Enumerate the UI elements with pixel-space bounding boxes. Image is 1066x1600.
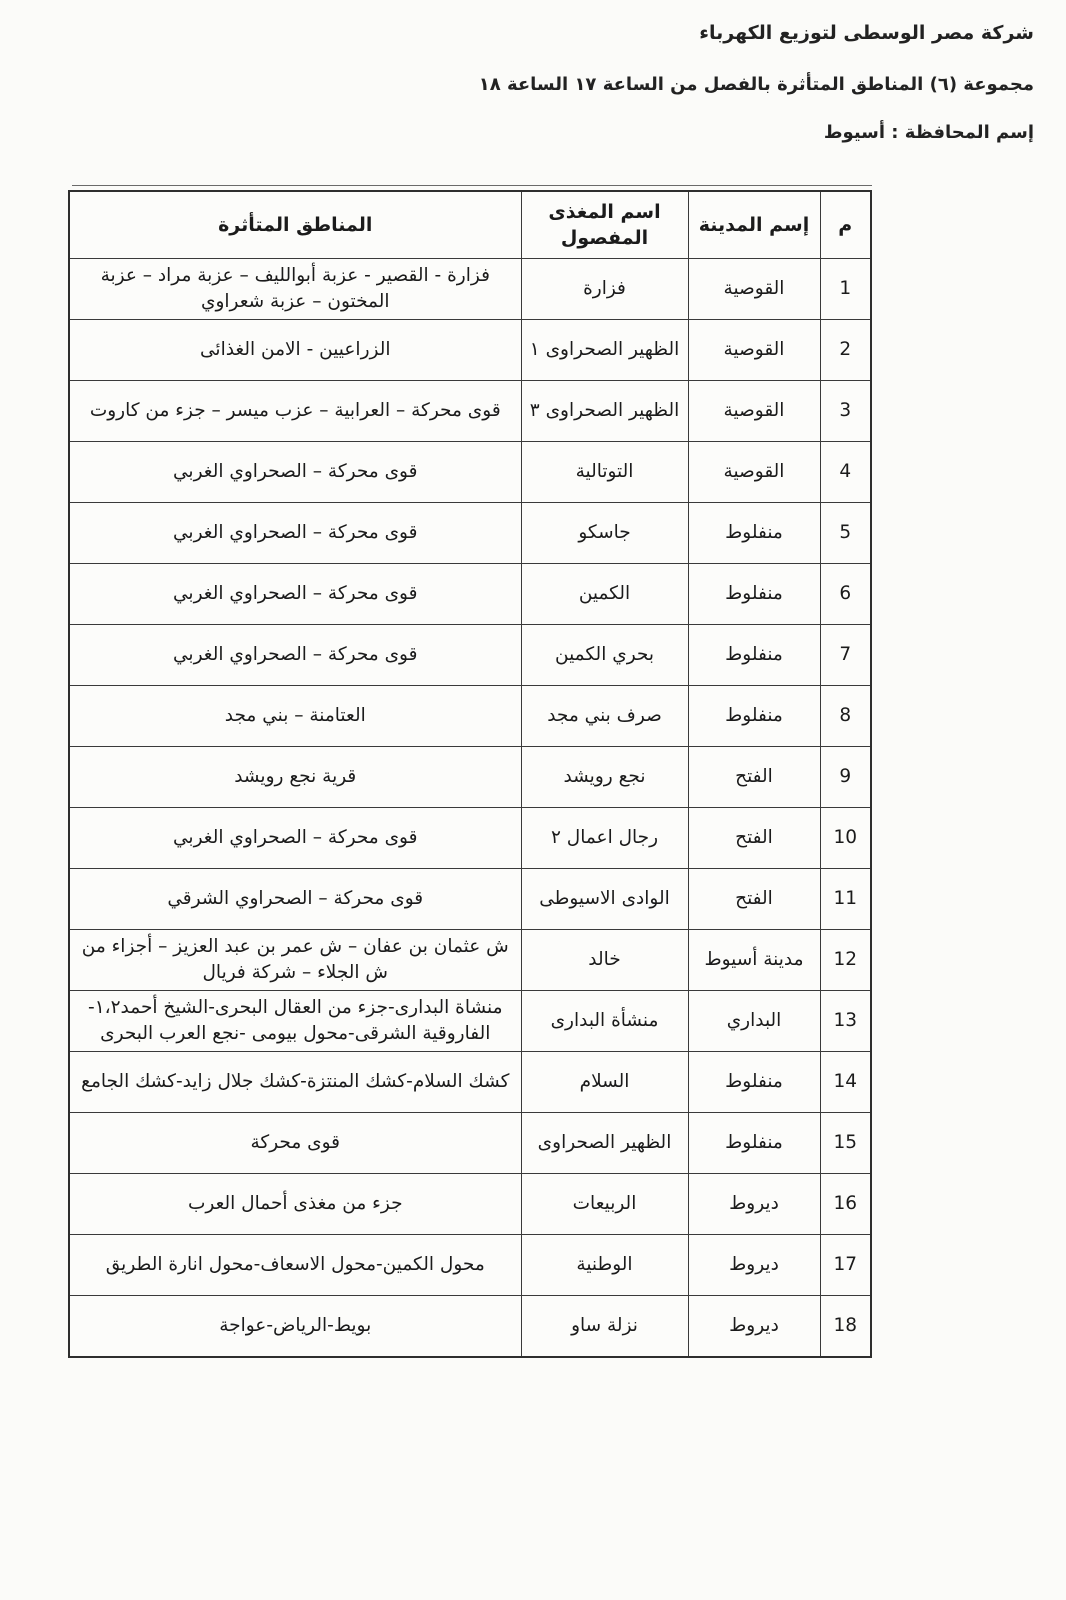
cell-city: القوصية: [688, 381, 820, 442]
company-title: شركة مصر الوسطى لتوزيع الكهرباء: [699, 22, 1034, 44]
cell-city: ديروط: [688, 1174, 820, 1235]
cell-city: القوصية: [688, 320, 820, 381]
cell-city: البداري: [688, 991, 820, 1052]
cell-areas: قوى محركة – الصحراوي الغربي: [69, 503, 521, 564]
table-row: 9 الفتح نجع رويشد قرية نجع رويشد: [69, 747, 871, 808]
cell-no: 2: [820, 320, 871, 381]
cell-areas: ش عثمان بن عفان – ش عمر بن عبد العزيز – …: [69, 930, 521, 991]
cell-city: مدينة أسيوط: [688, 930, 820, 991]
cell-no: 14: [820, 1052, 871, 1113]
cell-city: الفتح: [688, 869, 820, 930]
table-row: 13 البداري منشأة البدارى منشاة البدارى-ج…: [69, 991, 871, 1052]
group-subtitle: مجموعة (٦) المناطق المتأثرة بالفصل من ال…: [479, 74, 1034, 95]
cell-no: 1: [820, 259, 871, 320]
document-page: شركة مصر الوسطى لتوزيع الكهرباء مجموعة (…: [0, 0, 1066, 1600]
cell-feeder: السلام: [521, 1052, 688, 1113]
header-cell-city: إسم المدينة: [688, 191, 820, 259]
table-row: 11 الفتح الوادى الاسيوطى قوى محركة – الص…: [69, 869, 871, 930]
table-row: 18 ديروط نزلة ساو بويط-الرياض-عواجة: [69, 1296, 871, 1358]
cell-no: 10: [820, 808, 871, 869]
cell-feeder: بحري الكمين: [521, 625, 688, 686]
cell-no: 15: [820, 1113, 871, 1174]
cell-no: 7: [820, 625, 871, 686]
cell-areas: منشاة البدارى-جزء من العقال البحرى-الشيخ…: [69, 991, 521, 1052]
cell-city: القوصية: [688, 442, 820, 503]
cell-feeder: الوطنية: [521, 1235, 688, 1296]
cell-city: ديروط: [688, 1296, 820, 1358]
cell-city: منفلوط: [688, 625, 820, 686]
cell-areas: فزارة - القصير - عزبة أبوالليف – عزبة مر…: [69, 259, 521, 320]
cell-no: 6: [820, 564, 871, 625]
cell-areas: جزء من مغذى أحمال العرب: [69, 1174, 521, 1235]
table-row: 8 منفلوط صرف بني مجد العتامنة – بني مجد: [69, 686, 871, 747]
cell-areas: بويط-الرياض-عواجة: [69, 1296, 521, 1358]
scan-artifact-line: [72, 185, 872, 186]
table-header-row: م إسم المدينة اسم المغذى المفصول المناطق…: [69, 191, 871, 259]
cell-areas: العتامنة – بني مجد: [69, 686, 521, 747]
cell-no: 3: [820, 381, 871, 442]
cell-feeder: منشأة البدارى: [521, 991, 688, 1052]
header-cell-areas: المناطق المتأثرة: [69, 191, 521, 259]
cell-feeder: نزلة ساو: [521, 1296, 688, 1358]
cell-city: الفتح: [688, 747, 820, 808]
cell-feeder: الظهير الصحراوى ١: [521, 320, 688, 381]
table-row: 5 منفلوط جاسكو قوى محركة – الصحراوي الغر…: [69, 503, 871, 564]
outage-table: م إسم المدينة اسم المغذى المفصول المناطق…: [68, 190, 872, 1358]
cell-feeder: الوادى الاسيوطى: [521, 869, 688, 930]
cell-areas: قرية نجع رويشد: [69, 747, 521, 808]
cell-areas: قوى محركة – الصحراوي الغربي: [69, 808, 521, 869]
cell-no: 17: [820, 1235, 871, 1296]
cell-areas: قوى محركة – الصحراوي الغربي: [69, 442, 521, 503]
cell-no: 5: [820, 503, 871, 564]
cell-feeder: خالد: [521, 930, 688, 991]
cell-no: 12: [820, 930, 871, 991]
cell-city: ديروط: [688, 1235, 820, 1296]
table-row: 10 الفتح رجال اعمال ٢ قوى محركة – الصحرا…: [69, 808, 871, 869]
table-row: 16 ديروط الربيعات جزء من مغذى أحمال العر…: [69, 1174, 871, 1235]
cell-areas: قوى محركة – العرابية – عزب ميسر – جزء من…: [69, 381, 521, 442]
cell-feeder: صرف بني مجد: [521, 686, 688, 747]
cell-areas: قوى محركة – الصحراوي الغربي: [69, 625, 521, 686]
cell-areas: قوى محركة – الصحراوي الغربي: [69, 564, 521, 625]
cell-feeder: جاسكو: [521, 503, 688, 564]
table-row: 4 القوصية التوتالية قوى محركة – الصحراوي…: [69, 442, 871, 503]
cell-areas: كشك السلام-كشك المنتزة-كشك جلال زايد-كشك…: [69, 1052, 521, 1113]
cell-city: منفلوط: [688, 564, 820, 625]
cell-areas: قوى محركة: [69, 1113, 521, 1174]
cell-no: 13: [820, 991, 871, 1052]
cell-areas: محول الكمين-محول الاسعاف-محول انارة الطر…: [69, 1235, 521, 1296]
cell-city: القوصية: [688, 259, 820, 320]
table-row: 12 مدينة أسيوط خالد ش عثمان بن عفان – ش …: [69, 930, 871, 991]
table-row: 2 القوصية الظهير الصحراوى ١ الزراعيين - …: [69, 320, 871, 381]
cell-areas: قوى محركة – الصحراوي الشرقي: [69, 869, 521, 930]
table-row: 14 منفلوط السلام كشك السلام-كشك المنتزة-…: [69, 1052, 871, 1113]
governorate-label: إسم المحافظة : أسيوط: [824, 122, 1034, 143]
cell-no: 11: [820, 869, 871, 930]
outage-table-container: م إسم المدينة اسم المغذى المفصول المناطق…: [68, 190, 870, 1358]
table-row: 17 ديروط الوطنية محول الكمين-محول الاسعا…: [69, 1235, 871, 1296]
cell-city: الفتح: [688, 808, 820, 869]
table-row: 1 القوصية فزارة فزارة - القصير - عزبة أب…: [69, 259, 871, 320]
cell-feeder: التوتالية: [521, 442, 688, 503]
cell-no: 18: [820, 1296, 871, 1358]
cell-no: 16: [820, 1174, 871, 1235]
header-cell-feeder: اسم المغذى المفصول: [521, 191, 688, 259]
cell-feeder: الظهير الصحراوى ٣: [521, 381, 688, 442]
header-cell-no: م: [820, 191, 871, 259]
cell-areas: الزراعيين - الامن الغذائى: [69, 320, 521, 381]
cell-feeder: الربيعات: [521, 1174, 688, 1235]
cell-city: منفلوط: [688, 1113, 820, 1174]
table-row: 15 منفلوط الظهير الصحراوى قوى محركة: [69, 1113, 871, 1174]
cell-no: 8: [820, 686, 871, 747]
cell-feeder: الكمين: [521, 564, 688, 625]
cell-no: 4: [820, 442, 871, 503]
table-row: 6 منفلوط الكمين قوى محركة – الصحراوي الغ…: [69, 564, 871, 625]
table-row: 7 منفلوط بحري الكمين قوى محركة – الصحراو…: [69, 625, 871, 686]
cell-feeder: الظهير الصحراوى: [521, 1113, 688, 1174]
cell-no: 9: [820, 747, 871, 808]
cell-feeder: رجال اعمال ٢: [521, 808, 688, 869]
cell-feeder: فزارة: [521, 259, 688, 320]
table-row: 3 القوصية الظهير الصحراوى ٣ قوى محركة – …: [69, 381, 871, 442]
cell-city: منفلوط: [688, 686, 820, 747]
cell-city: منفلوط: [688, 1052, 820, 1113]
cell-city: منفلوط: [688, 503, 820, 564]
cell-feeder: نجع رويشد: [521, 747, 688, 808]
